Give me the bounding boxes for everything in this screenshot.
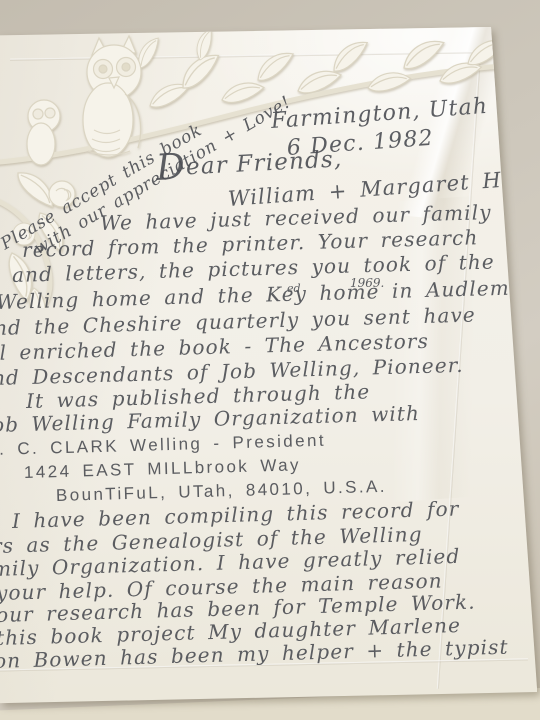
letter-paper-shadow: Please accept this book with our appreci… <box>0 0 540 720</box>
letter-photo: Please accept this book with our appreci… <box>0 0 540 720</box>
letter-paper: Please accept this book with our appreci… <box>0 0 540 720</box>
printed-line: 1424 EAST MILLbrook Way <box>24 455 301 483</box>
salutation-initial: D <box>155 146 187 189</box>
